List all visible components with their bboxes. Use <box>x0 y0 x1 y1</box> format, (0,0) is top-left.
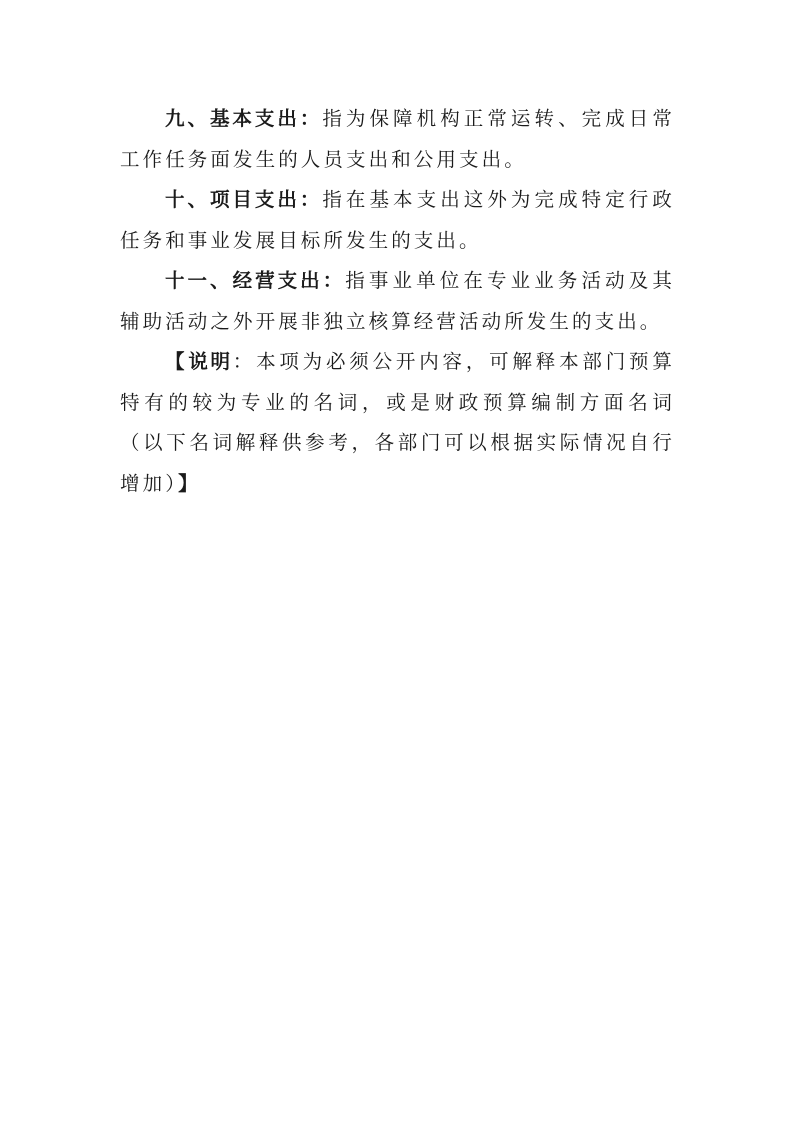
note-open-bracket: 【 <box>165 350 188 373</box>
note-label: 说明 <box>188 350 232 373</box>
definition-basic-expenditure: 九、基本支出：指为保障机构正常运转、完成日常工作任务面发生的人员支出和公用支出。 <box>120 99 675 180</box>
note-close-bracket: 】 <box>178 472 201 495</box>
term-label: 十、项目支出： <box>165 188 322 211</box>
note-colon: ： <box>233 350 256 373</box>
document-body: 九、基本支出：指为保障机构正常运转、完成日常工作任务面发生的人员支出和公用支出。… <box>120 99 675 504</box>
definition-operating-expenditure: 十一、经营支出：指事业单位在专业业务活动及其辅助活动之外开展非独立核算经营活动所… <box>120 261 675 342</box>
term-label: 九、基本支出： <box>165 107 322 130</box>
document-page: 九、基本支出：指为保障机构正常运转、完成日常工作任务面发生的人员支出和公用支出。… <box>0 0 793 1122</box>
definition-project-expenditure: 十、项目支出：指在基本支出这外为完成特定行政任务和事业发展目标所发生的支出。 <box>120 180 675 261</box>
term-label: 十一、经营支出： <box>165 269 345 292</box>
explanatory-note: 【说明：本项为必须公开内容，可解释本部门预算特有的较为专业的名词，或是财政预算编… <box>120 342 675 504</box>
